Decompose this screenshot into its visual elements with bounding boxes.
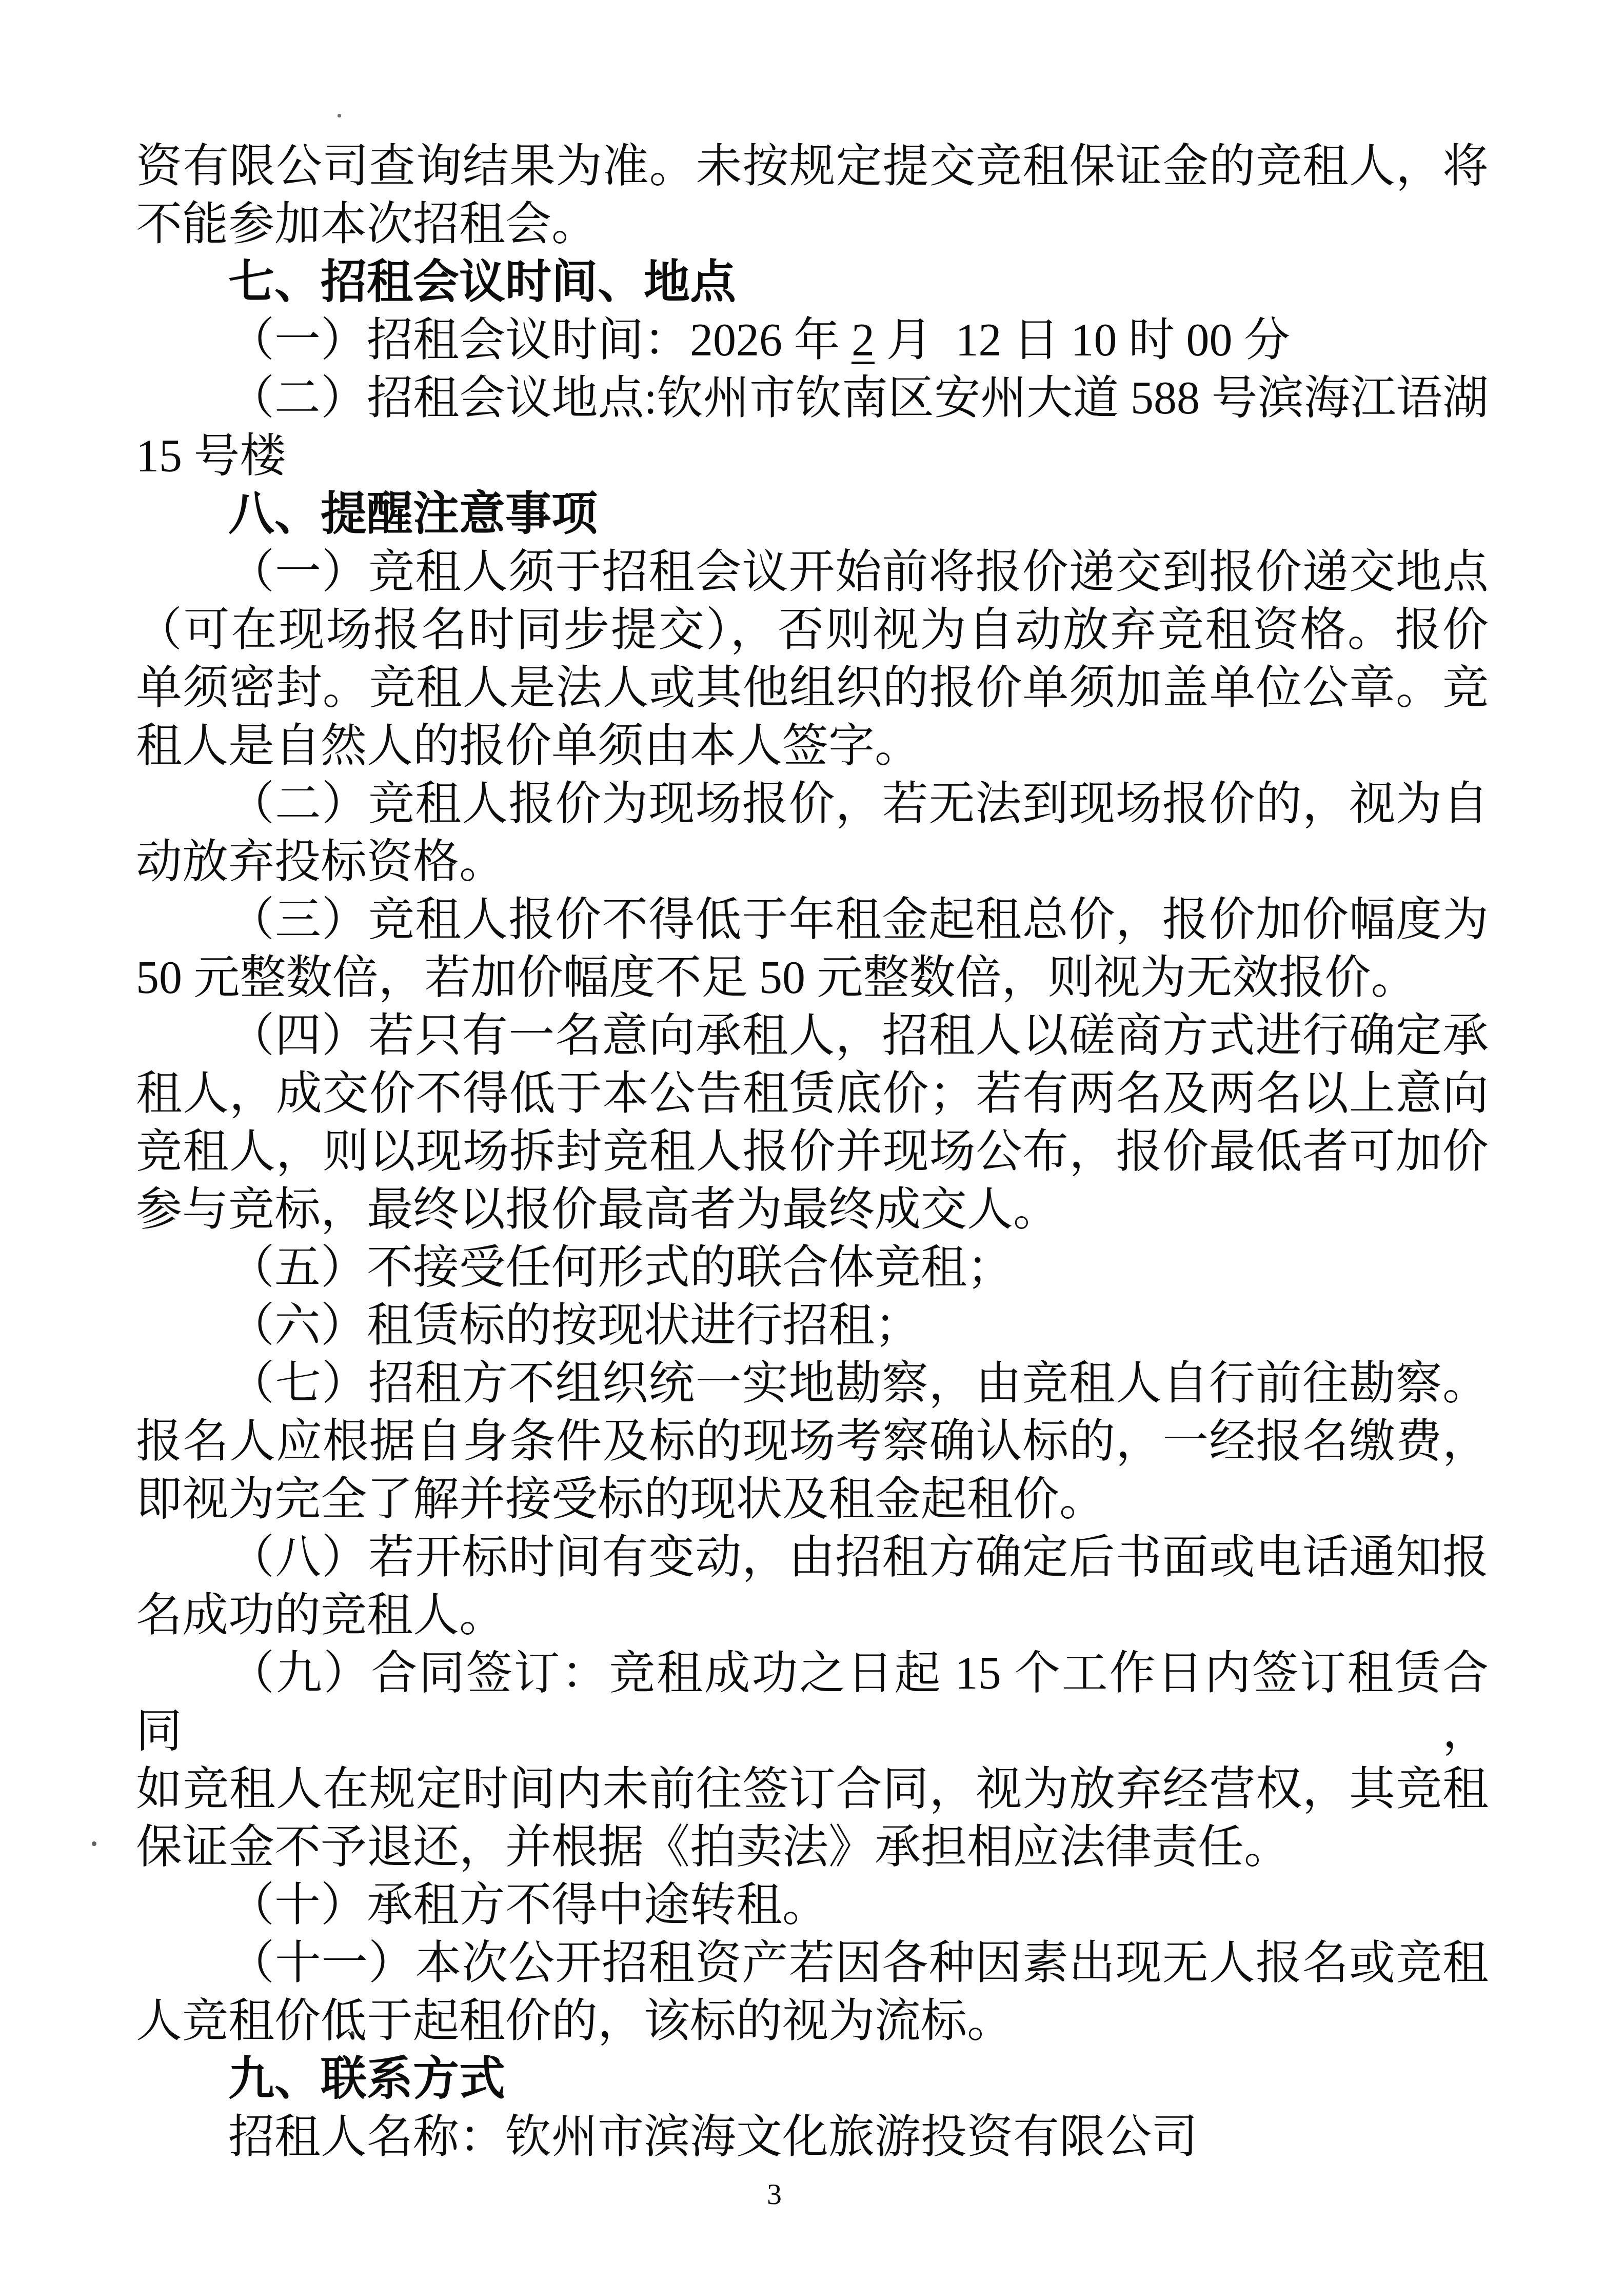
- lessor-name-line: 招租人名称：钦州市滨海文化旅游投资有限公司: [136, 2108, 1489, 2166]
- paragraph-line: （五）不接受任何形式的联合体竞租；: [136, 1239, 1489, 1297]
- paragraph-line: 不能参加本次招租会。: [136, 195, 1489, 253]
- paragraph-line: 资有限公司查询结果为准。未按规定提交竞租保证金的竞租人，将: [136, 137, 1489, 195]
- paragraph-line: 动放弃投标资格。: [136, 833, 1489, 891]
- paragraph-line: （一）竞租人须于招租会议开始前将报价递交到报价递交地点: [136, 543, 1489, 601]
- paragraph-line: （八）若开标时间有变动，由招租方确定后书面或电话通知报: [136, 1529, 1489, 1586]
- paragraph-line: （可在现场报名时同步提交），否则视为自动放弃竞租资格。报价: [136, 601, 1489, 659]
- paragraph-line: （四）若只有一名意向承租人，招租人以磋商方式进行确定承: [136, 1007, 1489, 1065]
- page-number: 3: [767, 2179, 782, 2210]
- meeting-time-suffix: 月 12 日 10 时 00 分: [875, 315, 1290, 366]
- paragraph-line: （十）承租方不得中途转租。: [136, 1876, 1489, 1934]
- paragraph-line: （七）招租方不组织统一实地勘察，由竞租人自行前往勘察。: [136, 1355, 1489, 1413]
- paragraph-line: 报名人应根据自身条件及标的现场考察确认标的，一经报名缴费，: [136, 1413, 1489, 1471]
- paragraph-line: 单须密封。竞租人是法人或其他组织的报价单须加盖单位公章。竞: [136, 659, 1489, 717]
- paragraph-line: 15 号楼: [136, 427, 1489, 485]
- paragraph-line: 即视为完全了解并接受标的现状及租金起租价。: [136, 1471, 1489, 1529]
- paragraph-line: 竞租人，则以现场拆封竞租人报价并现场公布，报价最低者可加价: [136, 1123, 1489, 1181]
- paragraph-line: （二）竞租人报价为现场报价，若无法到现场报价的，视为自: [136, 775, 1489, 833]
- paragraph-line: 保证金不予退还，并根据《拍卖法》承担相应法律责任。: [136, 1818, 1489, 1876]
- paragraph-line: 参与竞标，最终以报价最高者为最终成交人。: [136, 1181, 1489, 1239]
- scan-speck: [338, 114, 341, 117]
- paragraph-line: （九）合同签订：竞租成功之日起 15 个工作日内签订租赁合同，: [136, 1644, 1489, 1760]
- text-block: 资有限公司查询结果为准。未按规定提交竞租保证金的竞租人，将 不能参加本次招租会。…: [136, 137, 1489, 2166]
- underlined-month-number: 2: [851, 315, 875, 366]
- paragraph-line: 50 元整数倍，若加价幅度不足 50 元整数倍，则视为无效报价。: [136, 949, 1489, 1007]
- paragraph-line: 如竞租人在规定时间内未前往签订合同，视为放弃经营权，其竞租: [136, 1760, 1489, 1818]
- paragraph-line: 人竞租价低于起租价的，该标的视为流标。: [136, 1992, 1489, 2050]
- paragraph-line: （二）招租会议地点:钦州市钦南区安州大道 588 号滨海江语湖: [136, 369, 1489, 427]
- meeting-time-line: （一）招租会议时间：2026 年 2 月 12 日 10 时 00 分: [136, 311, 1489, 369]
- paragraph-line: 名成功的竞租人。: [136, 1586, 1489, 1644]
- paragraph-line: （六）租赁标的按现状进行招租；: [136, 1297, 1489, 1355]
- scan-speck: [92, 1841, 96, 1846]
- paragraph-line: （三）竞租人报价不得低于年租金起租总价，报价加价幅度为: [136, 891, 1489, 949]
- heading-section-7: 七、招租会议时间、地点: [136, 253, 1489, 311]
- meeting-time-prefix: （一）招租会议时间：2026 年: [228, 315, 851, 366]
- paragraph-line: （十一）本次公开招租资产若因各种因素出现无人报名或竞租: [136, 1934, 1489, 1992]
- paragraph-line: 租人，成交价不得低于本公告租赁底价；若有两名及两名以上意向: [136, 1065, 1489, 1123]
- heading-section-8: 八、提醒注意事项: [136, 485, 1489, 543]
- heading-section-9: 九、联系方式: [136, 2050, 1489, 2108]
- paragraph-line: 租人是自然人的报价单须由本人签字。: [136, 717, 1489, 775]
- document-page: 资有限公司查询结果为准。未按规定提交竞租保证金的竞租人，将 不能参加本次招租会。…: [0, 0, 1624, 2281]
